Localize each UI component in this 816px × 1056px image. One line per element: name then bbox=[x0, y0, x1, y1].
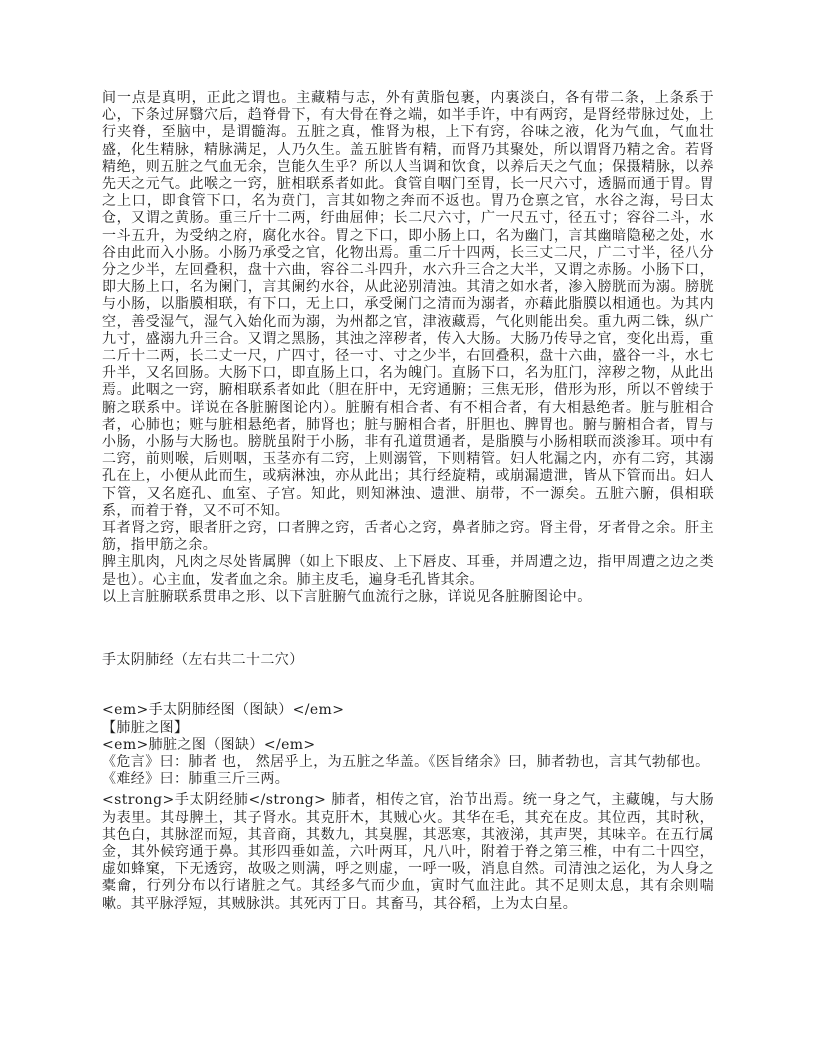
quote-weiyan: 《危言》曰：肺者 也， 然居乎上，为五脏之华盖。《医旨绪余》曰，肺者勃也，言其气… bbox=[102, 754, 714, 771]
body-paragraph-viscera-connections: 间一点是真明，正此之谓也。主藏精与志，外有黄脂包裹，内裏淡白，各有带二条，上条系… bbox=[102, 90, 714, 520]
section-heading-lung-meridian: 手太阴肺经（左右共二十二穴） bbox=[102, 652, 714, 669]
body-paragraph-lung-description: <strong>手太阴经肺</strong> 肺者，相传之官，治节出焉。统一身之… bbox=[102, 792, 714, 912]
figure-title-lung-diagram: 【肺脏之图】 bbox=[102, 720, 714, 737]
quote-nanjing: 《难经》曰：肺重三斤三两。 bbox=[102, 771, 714, 788]
document-page: 间一点是真明，正此之谓也。主藏精与志，外有黄脂包裹，内裏淡白，各有带二条，上条系… bbox=[0, 0, 816, 1056]
body-paragraph-summary: 以上言脏腑联系贯串之形、以下言脏腑气血流行之脉，详说见各脏腑图论中。 bbox=[102, 589, 714, 606]
figure-caption-meridian-map: <em>手太阴肺经图（图缺）</em> bbox=[102, 702, 714, 719]
document-text-block: 间一点是真明，正此之谓也。主藏精与志，外有黄脂包裹，内裏淡白，各有带二条，上条系… bbox=[102, 90, 714, 913]
figure-caption-lung-diagram: <em>肺脏之图（图缺）</em> bbox=[102, 737, 714, 754]
body-paragraph-orifices: 耳者肾之窍，眼者肝之窍，口者脾之窍，舌者心之窍，鼻者肺之窍。肾主骨，牙者骨之余。… bbox=[102, 520, 714, 554]
body-paragraph-spleen-flesh: 脾主肌肉，凡肉之尽处皆属脾（如上下眼皮、上下唇皮、耳垂，并周遭之边，指甲周遭之边… bbox=[102, 554, 714, 588]
